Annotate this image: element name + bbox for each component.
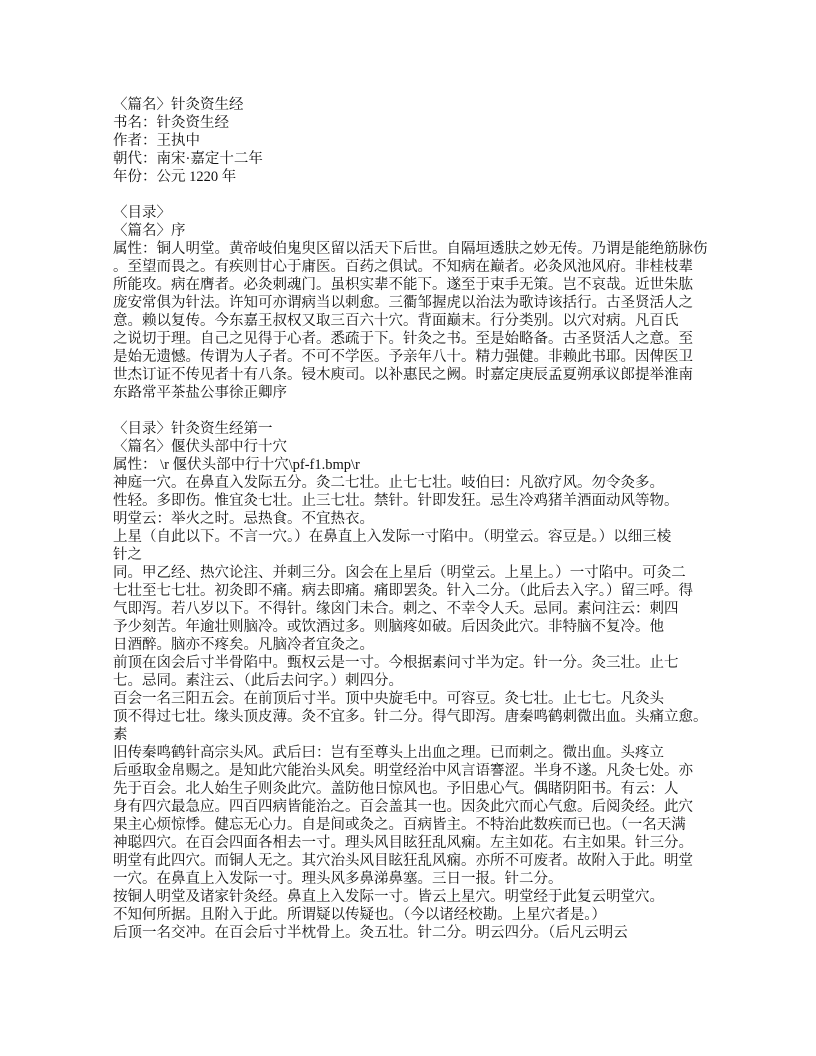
text-line: 书名：针灸资生经 (113, 114, 753, 132)
text-line: 神聪四穴。在百会四面各相去一寸。理头风目眩狂乱风痫。左主如花。右主如果。针三分。 (113, 834, 753, 852)
text-line: 百会一名三阳五会。在前顶后寸半。顶中央旋毛中。可容豆。灸七壮。止七七。凡灸头 (113, 690, 753, 708)
text-line: 不知何所据。且附入于此。所谓疑以传疑也。（今以诸经校勘。上星穴者是。） (113, 906, 753, 924)
text-line: 果主心烦惊悸。健忘无心力。自是间或灸之。百病皆主。不特治此数疾而已也。（一名天满 (113, 816, 753, 834)
text-line: 后顶一名交冲。在百会后寸半枕骨上。灸五壮。针二分。明云四分。（后凡云明云 (113, 924, 753, 942)
preface-section: 〈目录〉〈篇名〉序属性：铜人明堂。黄帝岐伯鬼臾区留以活天下后世。自隔垣透肤之妙无… (113, 204, 753, 402)
text-line: 〈目录〉针灸资生经第一 (113, 420, 753, 438)
text-line: 世杰订证不传见者十有八条。锓木庾司。以补惠民之阙。时嘉定庚辰孟夏朔承议郎提举淮南 (113, 366, 753, 384)
document-text-area: 〈篇名〉针灸资生经书名：针灸资生经作者：王执中朝代：南宋·嘉定十二年年份：公元 … (113, 96, 753, 960)
text-line: 明堂云：举火之时。忌热食。不宜热衣。 (113, 510, 753, 528)
text-line: 同。甲乙经、热穴论注、并刺三分。囟会在上星后（明堂云。上星上。）一寸陷中。可灸二 (113, 564, 753, 582)
text-line: 旧传秦鸣鹤针高宗头风。武后曰：岂有至尊头上出血之理。已而刺之。微出血。头疼立 (113, 744, 753, 762)
text-line: 身有四穴最急应。四百四病皆能治之。百会盖其一也。因灸此穴而心气愈。后阅灸经。此穴 (113, 798, 753, 816)
text-line: 前顶在囟会后寸半骨陷中。甄权云是一寸。今根据素问寸半为定。针一分。灸三壮。止七 (113, 654, 753, 672)
metadata-block: 〈篇名〉针灸资生经书名：针灸资生经作者：王执中朝代：南宋·嘉定十二年年份：公元 … (113, 96, 753, 186)
text-line: 〈篇名〉序 (113, 222, 753, 240)
text-line: 气即泻。若八岁以下。不得针。缘囟门未合。刺之、不幸令人夭。忌同。素问注云：刺四 (113, 600, 753, 618)
document-page: 〈篇名〉针灸资生经书名：针灸资生经作者：王执中朝代：南宋·嘉定十二年年份：公元 … (0, 0, 816, 1056)
text-line: 按铜人明堂及诸家针灸经。鼻直上入发际一寸。皆云上星穴。明堂经于此复云明堂穴。 (113, 888, 753, 906)
text-line: 七。忌同。素注云、（此后去问字。）刺四分。 (113, 672, 753, 690)
text-line: 〈目录〉 (113, 204, 753, 222)
text-line: 日酒醉。脑亦不疼矣。凡脑冷者宜灸之。 (113, 636, 753, 654)
text-line: 后亟取金帛赐之。是知此穴能治头风矣。明堂经治中风言语謇涩。半身不遂。凡灸七处。亦 (113, 762, 753, 780)
text-line: 性轻。多即伤。惟宜灸七壮。止三七壮。禁针。针即发狂。忌生冷鸡猪羊酒面动风等物。 (113, 492, 753, 510)
text-line: 意。赖以复传。今东嘉王叔权又取三百六十穴。背面巅末。行分类别。以穴对病。凡百氏 (113, 312, 753, 330)
text-line: 东路常平茶盐公事徐正卿序 (113, 384, 753, 402)
text-line: 属性： \r 偃伏头部中行十穴\pf-f1.bmp\r (113, 456, 753, 474)
text-line: 〈篇名〉偃伏头部中行十穴 (113, 438, 753, 456)
text-line: 属性：铜人明堂。黄帝岐伯鬼臾区留以活天下后世。自隔垣透肤之妙无传。乃谓是能绝筋脉… (113, 240, 753, 258)
text-line: 作者：王执中 (113, 132, 753, 150)
text-line: 朝代：南宋·嘉定十二年 (113, 150, 753, 168)
text-line: 素 (113, 726, 753, 744)
text-line: 针之 (113, 546, 753, 564)
text-line: 〈篇名〉针灸资生经 (113, 96, 753, 114)
text-line: 所能攻。病在膺者。必灸刺魂门。虽枳实辈不能下。遂至于束手无策。岂不哀哉。近世朱肱 (113, 276, 753, 294)
text-line: 年份：公元 1220 年 (113, 168, 753, 186)
text-line: 。至望而畏之。有疾则甘心于庸医。百药之俱试。不知病在巅者。必灸风池风府。非桂枝辈 (113, 258, 753, 276)
text-line: 明堂有此四穴。而铜人无之。其穴治头风目眩狂乱风痫。亦所不可废者。故附入于此。明堂 (113, 852, 753, 870)
text-line: 予少刻苦。年逾壮则脑冷。或饮酒过多。则脑疼如破。后因灸此穴。非特脑不复冷。他 (113, 618, 753, 636)
text-line: 顶不得过七壮。缘头顶皮薄。灸不宜多。针二分。得气即泻。唐秦鸣鹤刺微出血。头痛立愈… (113, 708, 753, 726)
chapter-section: 〈目录〉针灸资生经第一〈篇名〉偃伏头部中行十穴属性： \r 偃伏头部中行十穴\p… (113, 420, 753, 942)
text-line: 庞安常俱为针法。许知可亦谓病当以刺愈。三衢邹握虎以治法为歌诗该括行。古圣贤活人之 (113, 294, 753, 312)
text-line: 七壮至七七壮。初灸即不痛。病去即痛。痛即罢灸。针入二分。（此后去入字。）留三呼。… (113, 582, 753, 600)
text-line: 上星（自此以下。不言一穴。）在鼻直上入发际一寸陷中。（明堂云。容豆是。）以细三棱 (113, 528, 753, 546)
text-line: 先于百会。北人始生子则灸此穴。盖防他日惊风也。予旧患心气。偶睹阴阳书。有云：人 (113, 780, 753, 798)
text-line: 之说切于理。自己之见得于心者。悉疏于下。针灸之书。至是始略备。古圣贤活人之意。至 (113, 330, 753, 348)
text-line: 一穴。在鼻直上入发际一寸。理头风多鼻涕鼻塞。三日一报。针二分。 (113, 870, 753, 888)
text-line: 是始无遗憾。传谓为人子者。不可不学医。予亲年八十。精力强健。非赖此书耶。因俾医卫 (113, 348, 753, 366)
text-line: 神庭一穴。在鼻直入发际五分。灸二七壮。止七七壮。岐伯曰：凡欲疗风。勿令灸多。 (113, 474, 753, 492)
